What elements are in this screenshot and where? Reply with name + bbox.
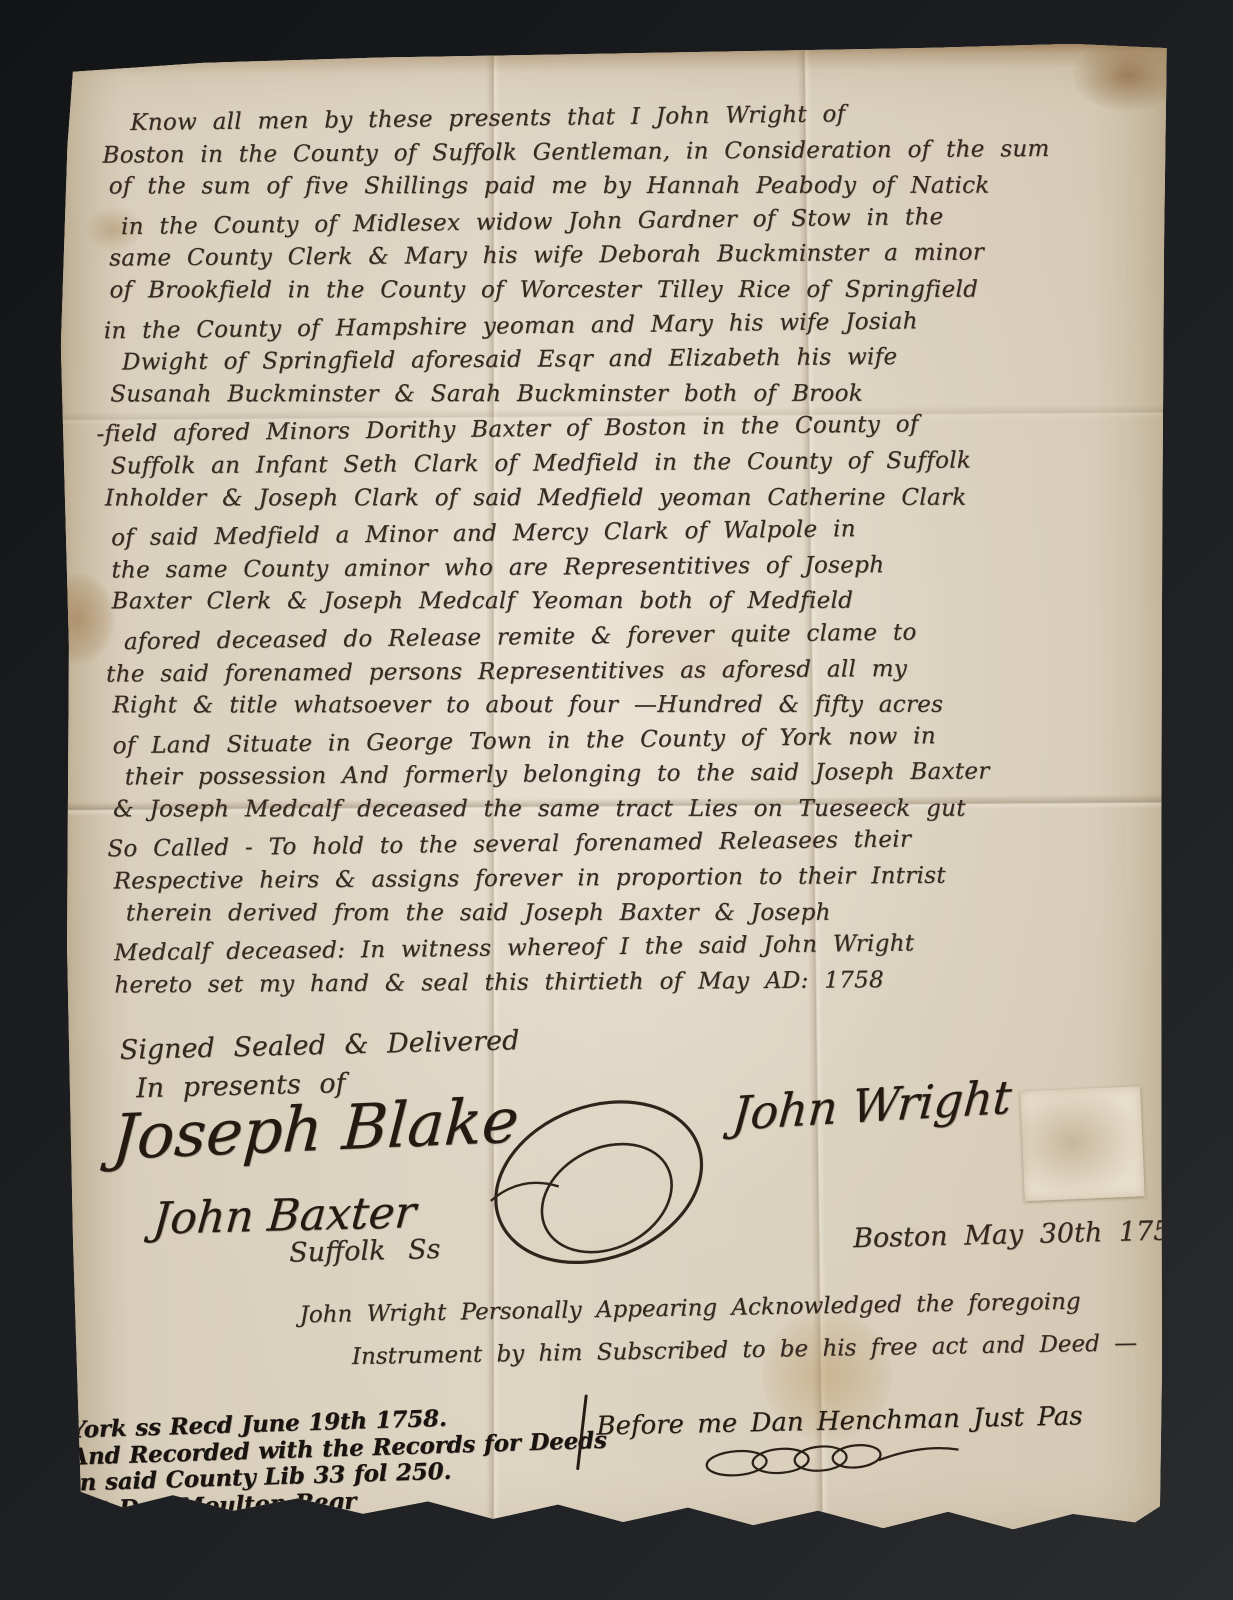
- signed-sealed-delivered-line: Signed Sealed & Delivered: [119, 1025, 519, 1066]
- county-heading: Suffolk Ss: [289, 1234, 441, 1269]
- place-date-line: Boston May 30th 1758: [853, 1215, 1188, 1254]
- acknowledgment-line-1: John Wright Personally Appearing Acknowl…: [299, 1289, 1080, 1329]
- ink-stain-left-edge: [42, 574, 115, 665]
- acknowledgment-line-2: Instrument by him Subscribed to be his f…: [352, 1330, 1138, 1370]
- paraph-flourish-icon: [703, 1440, 963, 1490]
- grantor-signature-john-wright: John Wright: [730, 1070, 1013, 1141]
- justice-attestation-line: Before me Dan Henchman Just Pas: [596, 1401, 1083, 1441]
- recording-note: York ss Recd June 19th 1758. And Recorde…: [69, 1403, 542, 1524]
- deed-document-paper: Know all men by these presents that I Jo…: [53, 38, 1186, 1556]
- deed-body-text: Know all men by these presents that I Jo…: [108, 96, 1138, 1003]
- signature-flourish-icon: [480, 1081, 721, 1297]
- seal-patch: [1020, 1086, 1145, 1201]
